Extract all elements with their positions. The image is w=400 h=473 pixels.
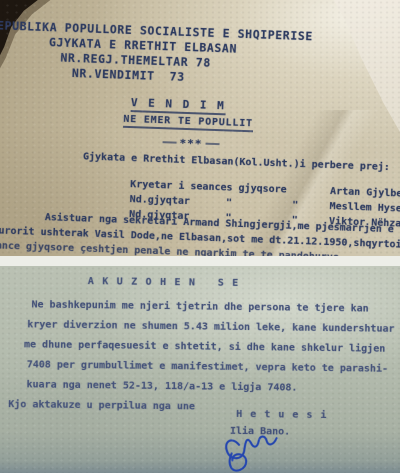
- document-photo: REPUBLIKA POPULLORE SOCIALISTE E SHQIPER…: [0, 0, 400, 473]
- accusation-line: 7408 per grumbullimet e manifestimet, ve…: [27, 359, 388, 374]
- accusation-heading: A K U Z O H E N S E: [88, 276, 240, 289]
- closing-line: Kjo aktakuze u perpilua nga une: [8, 399, 195, 412]
- top-page-segment: REPUBLIKA POPULLORE SOCIALISTE E SHQIPER…: [0, 0, 400, 256]
- divider-dash: [205, 143, 219, 145]
- document-title: V E N D I M: [131, 96, 226, 115]
- accusation-line: kuara nga nenet 52-13, 118/a-13 e ligja …: [26, 379, 297, 393]
- bottom-page-text: A K U Z O H E N S E Ne bashkepunim me nj…: [0, 266, 400, 473]
- divider-asterisks: ***: [179, 137, 202, 151]
- accusation-line: Ne bashkepunim me njeri tjetrin dhe pers…: [31, 299, 368, 314]
- header-line-decision-number: NR.VENDIMIT 73: [72, 66, 185, 84]
- investigator-title: H e t u e s i: [236, 409, 327, 421]
- bottom-page-segment: A K U Z O H E N S E Ne bashkepunim me nj…: [0, 266, 400, 473]
- handwritten-signature-icon: [216, 426, 298, 473]
- section-divider: ***: [159, 136, 222, 151]
- accusation-line: me dhune perfaqesuesit e shtetit, si dhe…: [24, 339, 385, 354]
- document-subtitle: NE EMER TE POPULLIT: [123, 114, 253, 133]
- divider-dash: [163, 141, 177, 143]
- accusation-line: kryer diverzion ne shumen 5.43 milion le…: [27, 319, 394, 334]
- top-page-text: REPUBLIKA POPULLORE SOCIALISTE E SHQIPER…: [0, 12, 400, 256]
